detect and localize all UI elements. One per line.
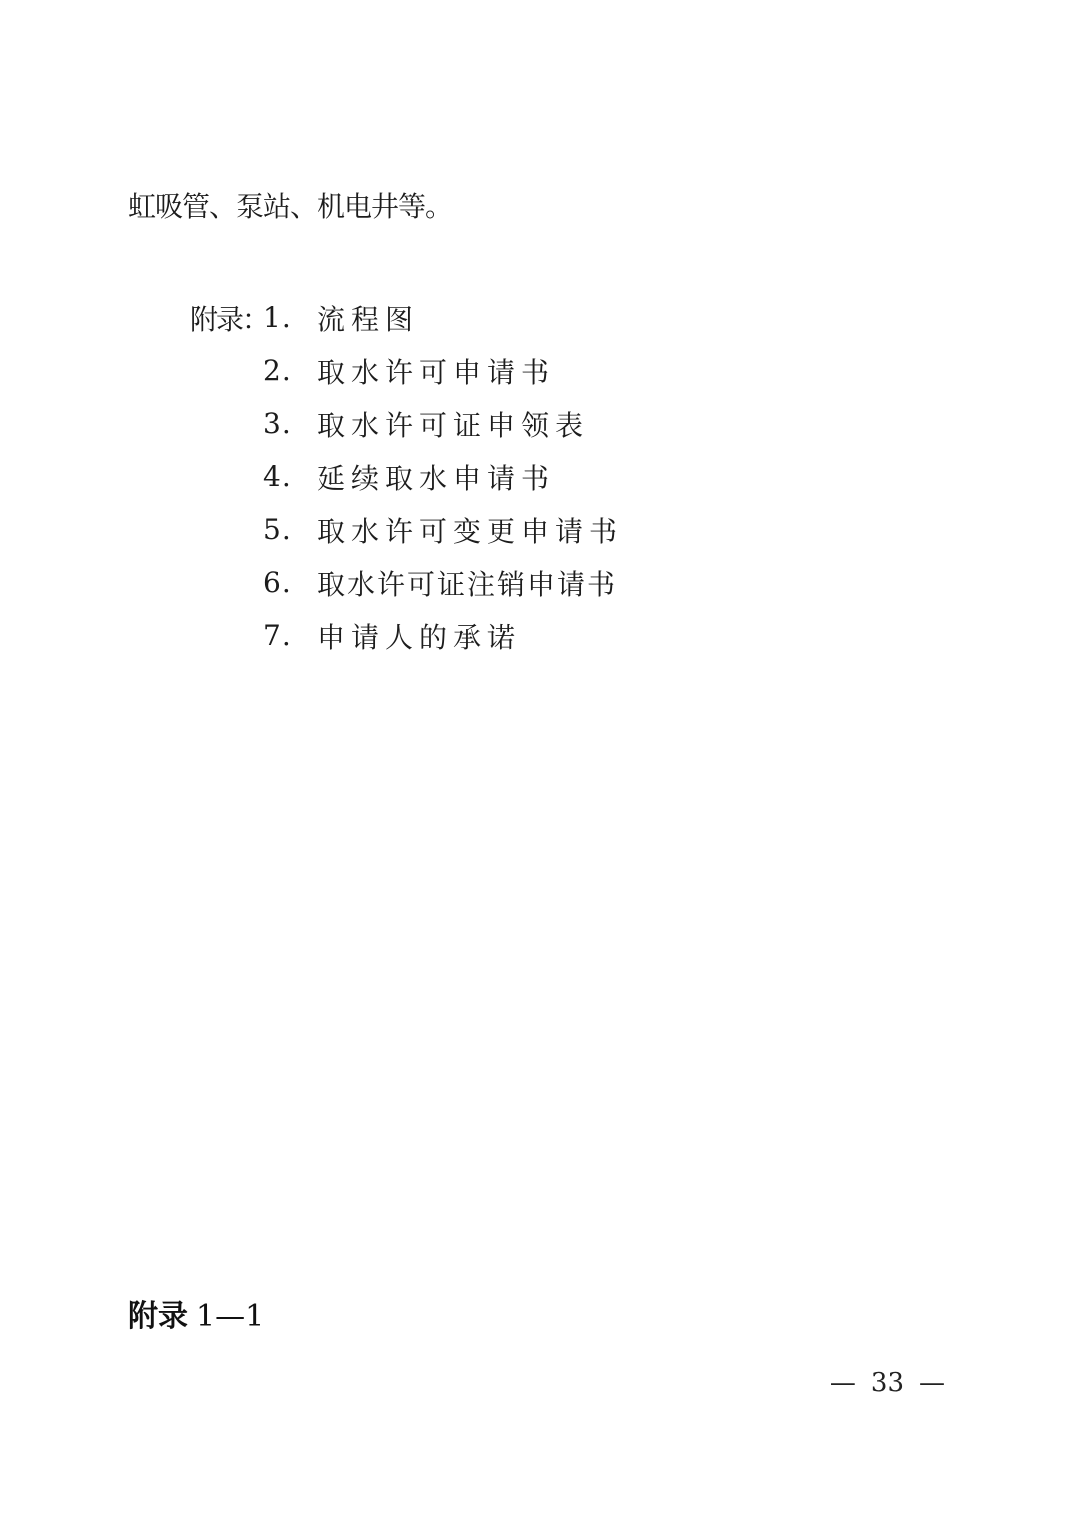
appendix-item-number: 5. [263,513,317,546]
page-number-right-dash: — [919,1368,945,1398]
page-number: — 33 — [830,1368,945,1398]
appendix-item-number: 1. [263,301,317,334]
appendix-item-number: 4. [263,460,317,493]
appendix-item-title: 取水许可证申领表 [317,404,589,444]
appendix-item-title: 取水许可证注销申请书 [317,563,617,603]
appendix-item-2: 2. 取水许可申请书 [190,344,623,397]
appendix-item-title: 取水许可变更申请书 [317,510,623,550]
appendix-item-number: 6. [263,566,317,599]
appendix-item-4: 4. 延续取水申请书 [190,450,623,503]
footer-appendix-label: 附录 [128,1299,188,1334]
footer-appendix-number: 1—1 [196,1299,264,1334]
appendix-item-number: 2. [263,354,317,387]
body-paragraph: 虹吸管、泵站、机电井等。 [128,188,452,226]
appendix-item-5: 5. 取水许可变更申请书 [190,503,623,556]
appendix-item-number: 3. [263,407,317,440]
appendix-item-number: 7. [263,619,317,652]
appendix-item-3: 3. 取水许可证申领表 [190,397,623,450]
document-page: 虹吸管、泵站、机电井等。 附录： 1. 流程图 2. 取水许可申请书 3. 取水… [0,0,1074,1520]
appendix-item-title: 流程图 [317,298,419,338]
footer-appendix-heading: 附录1—1 [128,1291,264,1335]
appendix-list: 附录： 1. 流程图 2. 取水许可申请书 3. 取水许可证申领表 4. 延续取… [190,291,623,662]
appendix-item-1: 附录： 1. 流程图 [190,291,623,344]
appendix-item-title: 延续取水申请书 [317,457,555,497]
appendix-item-title: 取水许可申请书 [317,351,555,391]
appendix-item-7: 7. 申请人的承诺 [190,609,623,662]
appendix-item-title: 申请人的承诺 [317,616,521,656]
appendix-label: 附录： [190,298,263,338]
page-number-left-dash: — [830,1368,856,1398]
appendix-item-6: 6. 取水许可证注销申请书 [190,556,623,609]
page-number-value: 33 [871,1368,904,1398]
